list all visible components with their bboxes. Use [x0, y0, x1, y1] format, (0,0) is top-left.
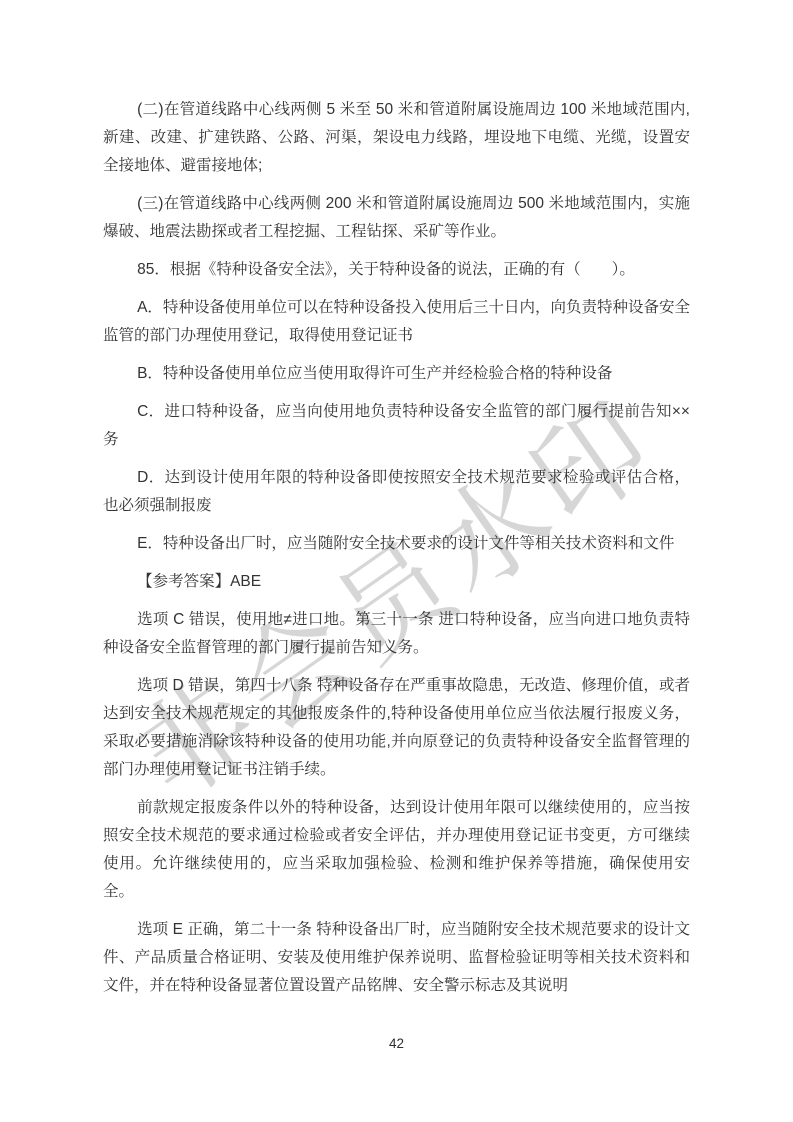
reference-answer: 【参考答案】ABE [103, 568, 690, 596]
question-85-stem: 85．根据《特种设备安全法》，关于特种设备的说法，正确的有（ ）。 [103, 256, 690, 284]
explanation-option-c: 选项 C 错误，使用地≠进口地。第三十一条 进口特种设备，应当向进口地负责特种设… [103, 606, 690, 662]
regulation-clause-2: (二)在管道线路中心线两侧 5 米至 50 米和管道附属设施周边 100 米地域… [103, 96, 690, 180]
question-85-option-c: C．进口特种设备，应当向使用地负责特种设备安全监管的部门履行提前告知××务 [103, 398, 690, 454]
explanation-option-d: 选项 D 错误，第四十八条 特种设备存在严重事故隐患，无改造、修理价值，或者达到… [103, 672, 690, 784]
question-85-option-a: A．特种设备使用单位可以在特种设备投入使用后三十日内，向负责特种设备安全监管的部… [103, 294, 690, 350]
question-85-option-d: D．达到设计使用年限的特种设备即使按照安全技术规范要求检验或评估合格，也必须强制… [103, 464, 690, 520]
regulation-clause-3: (三)在管道线路中心线两侧 200 米和管道附属设施周边 500 米地域范围内，… [103, 190, 690, 246]
document-content: (二)在管道线路中心线两侧 5 米至 50 米和管道附属设施周边 100 米地域… [103, 96, 690, 1010]
question-85-option-e: E．特种设备出厂时，应当随附安全技术要求的设计文件等相关技术资料和文件 [103, 530, 690, 558]
document-page: 非会员水印 (二)在管道线路中心线两侧 5 米至 50 米和管道附属设施周边 1… [0, 0, 793, 1122]
explanation-option-d-continued: 前款规定报废条件以外的特种设备，达到设计使用年限可以继续使用的，应当按照安全技术… [103, 794, 690, 906]
question-85-option-b: B．特种设备使用单位应当使用取得许可生产并经检验合格的特种设备 [103, 360, 690, 388]
page-number: 42 [0, 1036, 793, 1051]
explanation-option-e: 选项 E 正确，第二十一条 特种设备出厂时，应当随附安全技术规范要求的设计文件、… [103, 916, 690, 1000]
